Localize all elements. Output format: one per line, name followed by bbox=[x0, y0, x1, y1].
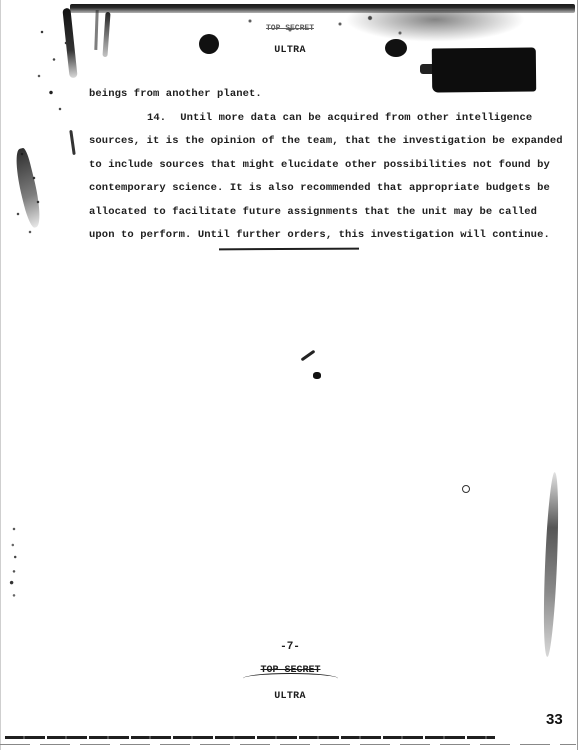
body-line: to include sources that might elucidate … bbox=[89, 154, 529, 178]
scan-speckle bbox=[8, 525, 20, 605]
document-page: TOP SECRET ULTRA beings from another pla… bbox=[0, 0, 580, 750]
scan-mark bbox=[313, 372, 321, 379]
scan-smudge bbox=[345, 10, 525, 42]
scan-bottom-edge bbox=[0, 744, 576, 745]
footer-codeword: ULTRA bbox=[0, 691, 580, 702]
document-body: beings from another planet. 14.Until mor… bbox=[89, 83, 529, 248]
footer-strike-swoosh bbox=[243, 673, 338, 684]
body-line: contemporary science. It is also recomme… bbox=[89, 177, 529, 201]
body-line: allocated to facilitate future assignmen… bbox=[89, 201, 529, 225]
scan-mark bbox=[462, 485, 470, 493]
scan-bottom-rule bbox=[5, 736, 495, 739]
paragraph-number: 14. bbox=[147, 112, 166, 124]
scan-streak bbox=[540, 472, 562, 657]
body-line: sources, it is the opinion of the team, … bbox=[89, 130, 529, 154]
archive-stamp-number: 33 bbox=[546, 711, 563, 728]
scan-speckle bbox=[30, 10, 90, 120]
scan-mark bbox=[69, 130, 75, 155]
paragraph-start-line: 14.Until more data can be acquired from … bbox=[89, 107, 529, 131]
body-line: Until more data can be acquired from oth… bbox=[180, 112, 532, 124]
page-number: -7- bbox=[0, 641, 580, 653]
body-line: beings from another planet. bbox=[89, 83, 529, 107]
header-classification-struck: TOP SECRET bbox=[245, 24, 335, 33]
scan-mark bbox=[301, 350, 316, 362]
body-line: upon to perform. Until further orders, t… bbox=[89, 224, 529, 248]
scan-right-edge bbox=[577, 0, 578, 750]
section-separator-rule bbox=[219, 248, 359, 251]
scan-left-edge bbox=[0, 0, 1, 750]
